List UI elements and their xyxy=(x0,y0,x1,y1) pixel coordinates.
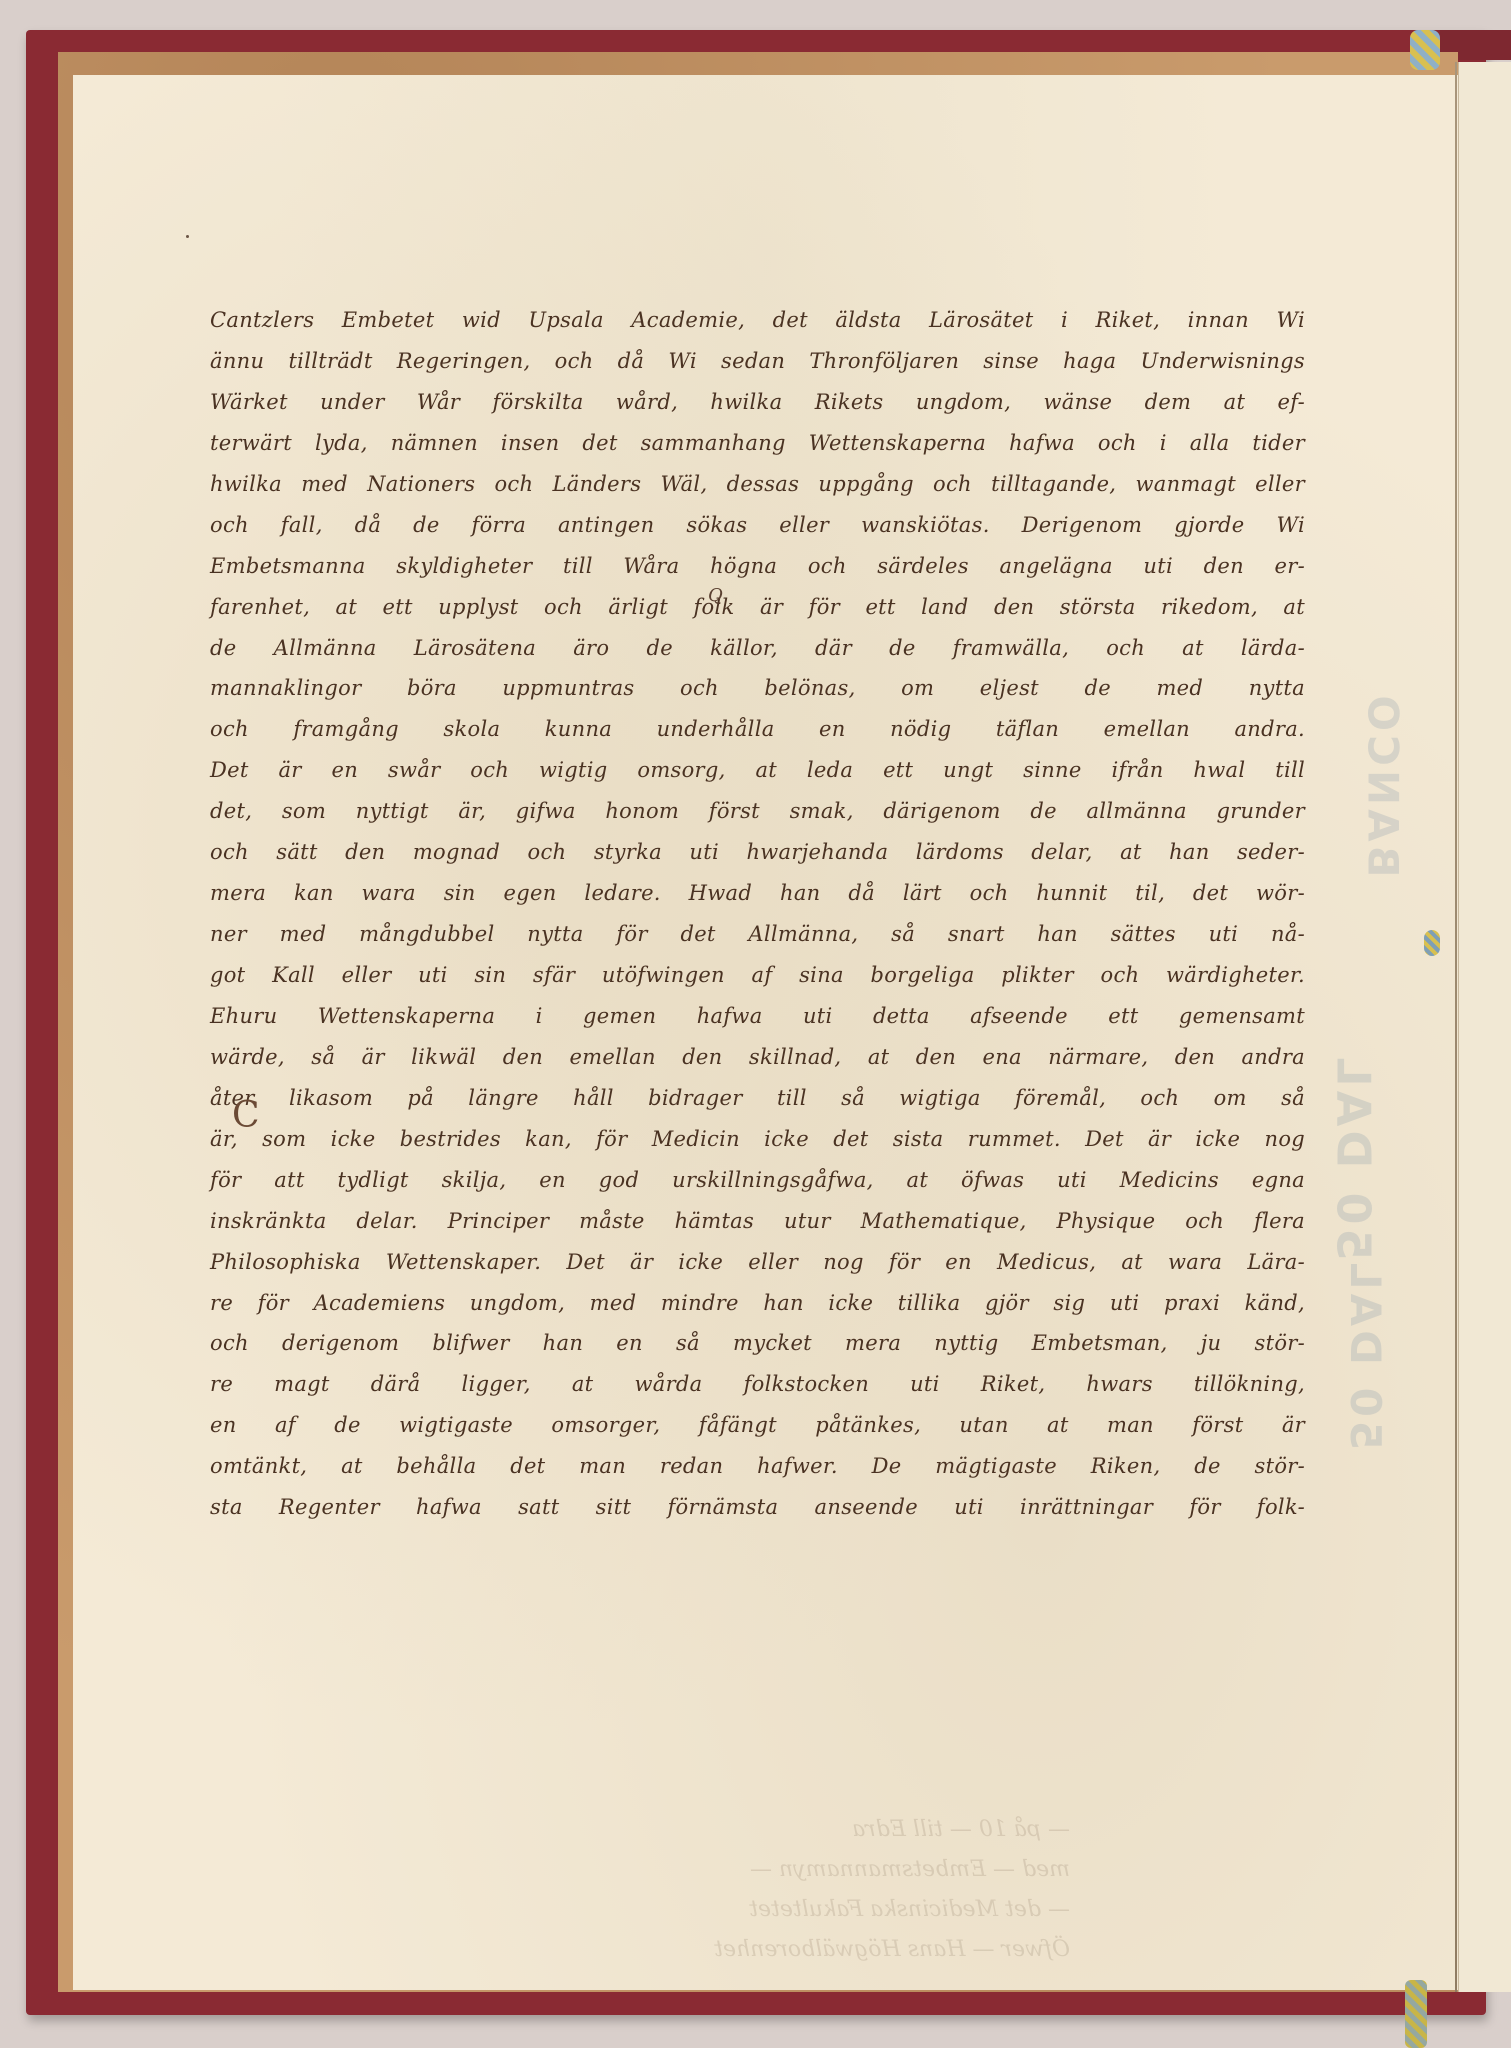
show-through-stamp: BANCO xyxy=(1359,691,1408,877)
headband-silk-icon xyxy=(1410,30,1440,70)
show-through-stamp: 50 DAL xyxy=(1327,1053,1381,1260)
manuscript-line: är, som icke bestrides kan, för Medicin … xyxy=(210,1119,1305,1159)
manuscript-line: Embetsmanna skyldigheter till Wåra högna… xyxy=(210,546,1305,586)
manuscript-line: mannaklingor böra uppmuntras och belönas… xyxy=(210,668,1305,708)
manuscript-line: mera kan wara sin egen ledare. Hwad han … xyxy=(210,873,1305,913)
interlinear-gloss: Q xyxy=(708,585,723,606)
show-through-stamp: 50 DAL xyxy=(1341,1259,1390,1450)
manuscript-line: re magt därå ligger, at wårda folkstocke… xyxy=(210,1364,1305,1404)
manuscript-line: ner med mångdubbel nytta för det Allmänn… xyxy=(210,914,1305,954)
bleed-line: — det Medicinska Fakultetet xyxy=(270,1890,1070,1930)
manuscript-line: och fall, då de förra antingen sökas ell… xyxy=(210,505,1305,545)
manuscript-line: Cantzlers Embetet wid Upsala Academie, d… xyxy=(210,300,1305,340)
manuscript-line: och framgång skola kunna underhålla en n… xyxy=(210,709,1305,749)
manuscript-text-block: Cantzlers Embetet wid Upsala Academie, d… xyxy=(210,300,1305,1528)
manuscript-line: farenhet, at ett upplyst och ärligt folk… xyxy=(210,587,1305,627)
bookmark-ribbon-icon xyxy=(1405,1980,1427,2048)
manuscript-line: hwilka med Nationers och Länders Wäl, de… xyxy=(210,464,1305,504)
bleed-line: med — Embetsmannamyn — xyxy=(270,1850,1070,1890)
manuscript-line: inskränkta delar. Principer måste hämtas… xyxy=(210,1201,1305,1241)
manuscript-line: re för Academiens ungdom, med mindre han… xyxy=(210,1283,1305,1323)
manuscript-line: för att tydligt skilja, en god urskillni… xyxy=(210,1160,1305,1200)
gutter-fold xyxy=(1455,62,1457,1992)
manuscript-line: de Allmänna Lärosätena äro de källor, dä… xyxy=(210,628,1305,668)
manuscript-line: och sätt den mognad och styrka uti hwarj… xyxy=(210,832,1305,872)
bleed-line: — på 10 — till Edra xyxy=(270,1810,1070,1850)
ink-dot xyxy=(186,235,189,238)
manuscript-line: omtänkt, at behålla det man redan hafwer… xyxy=(210,1446,1305,1486)
manuscript-line: åter likasom på längre håll bidrager til… xyxy=(210,1078,1305,1118)
manuscript-line: och derigenom blifwer han en så mycket m… xyxy=(210,1323,1305,1363)
facing-page-strip xyxy=(1458,62,1511,1992)
manuscript-line: got Kall eller uti sin sfär utöfwingen a… xyxy=(210,955,1305,995)
manuscript-line: sta Regenter hafwa satt sitt förnämsta a… xyxy=(210,1487,1305,1527)
manuscript-line: en af de wigtigaste omsorger, fåfängt på… xyxy=(210,1405,1305,1445)
manuscript-line: ännu tillträdt Regeringen, och då Wi sed… xyxy=(210,341,1305,381)
bleed-line: Öfwer — Hans Högwälborenhet xyxy=(270,1930,1070,1970)
margin-initial-mark: C xyxy=(232,1095,260,1136)
manuscript-line: Philosophiska Wettenskaper. Det är icke … xyxy=(210,1242,1305,1282)
bleed-through-text: — på 10 — till Edra med — Embetsmannamyn… xyxy=(270,1810,1070,1970)
manuscript-line: Wärket under Wår förskilta wård, hwilka … xyxy=(210,382,1305,422)
manuscript-line: terwärt lyda, nämnen insen det sammanhan… xyxy=(210,423,1305,463)
manuscript-line: wärde, så är likwäl den emellan den skil… xyxy=(210,1037,1305,1077)
manuscript-line: det, som nyttigt är, gifwa honom först s… xyxy=(210,791,1305,831)
manuscript-line: Ehuru Wettenskaperna i gemen hafwa uti d… xyxy=(210,996,1305,1036)
manuscript-line: Det är en swår och wigtig omsorg, at led… xyxy=(210,750,1305,790)
scanned-book-spread: BANCO 50 DAL 50 DAL Cantzlers Embetet wi… xyxy=(0,0,1511,2048)
binding-thread-icon xyxy=(1424,930,1440,956)
